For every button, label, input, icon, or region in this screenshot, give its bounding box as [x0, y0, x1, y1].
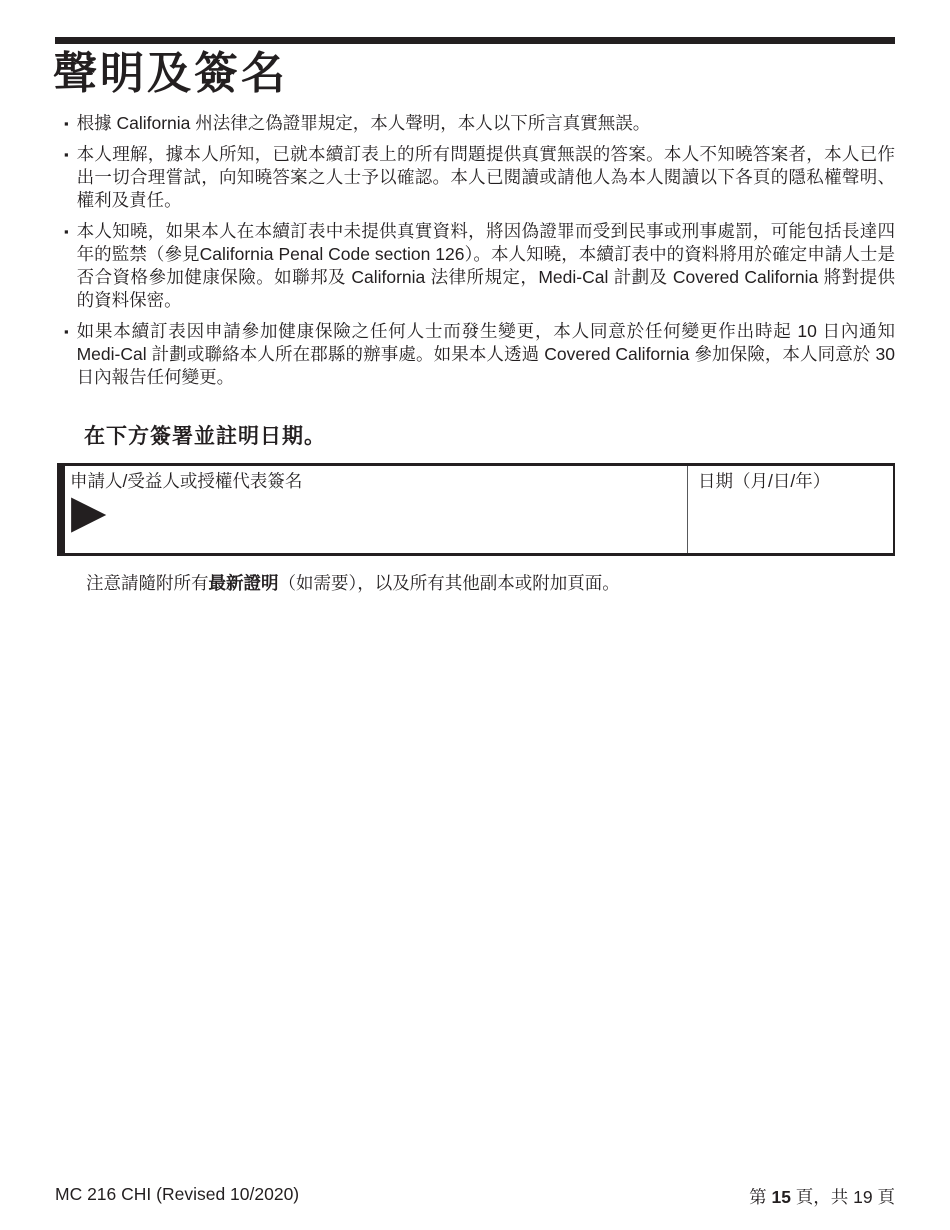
attachment-note-suffix: （如需要），以及所有其他副本或附加頁面。	[279, 573, 620, 593]
page-indicator-suffix: 頁，共 19 頁	[791, 1187, 895, 1207]
attachment-note-bold: 最新證明	[209, 573, 279, 593]
signature-table: 申請人/受益人或授權代表簽名 ▶ 日期（月/日/年）	[57, 463, 895, 556]
declaration-text: 本人理解，據本人所知，已就本續訂表上的所有問題提供真實無誤的答案。本人不知曉答案…	[77, 143, 895, 212]
bullet-square-icon: ▪	[64, 220, 69, 243]
form-number: MC 216 CHI (Revised 10/2020)	[55, 1184, 299, 1205]
signature-field-label: 申請人/受益人或授權代表簽名	[70, 470, 687, 493]
bullet-square-icon: ▪	[64, 320, 69, 343]
declaration-bullet: ▪ 根據 California 州法律之偽證罪規定，本人聲明，本人以下所言真實無…	[64, 112, 895, 135]
date-field[interactable]: 日期（月/日/年）	[687, 466, 893, 553]
signature-field[interactable]: 申請人/受益人或授權代表簽名 ▶	[65, 466, 687, 553]
current-page-number: 15	[771, 1187, 790, 1207]
date-field-label: 日期（月/日/年）	[698, 470, 893, 493]
sign-here-arrow-icon: ▶	[71, 491, 687, 531]
form-page: 聲明及簽名 ▪ 根據 California 州法律之偽證罪規定，本人聲明，本人以…	[0, 0, 950, 1230]
page-title: 聲明及簽名	[53, 50, 288, 98]
bullet-square-icon: ▪	[64, 143, 69, 166]
attachment-note: 注意請隨附所有最新證明（如需要），以及所有其他副本或附加頁面。	[86, 572, 886, 595]
declaration-text: 本人知曉，如果本人在本續訂表中未提供真實資料，將因偽證罪而受到民事或刑事處罰，可…	[77, 220, 895, 312]
declaration-bullet: ▪ 本人理解，據本人所知，已就本續訂表上的所有問題提供真實無誤的答案。本人不知曉…	[64, 143, 895, 212]
declaration-bullet: ▪ 如果本續訂表因申請參加健康保險之任何人士而發生變更，本人同意於任何變更作出時…	[64, 320, 895, 389]
page-indicator-prefix: 第	[749, 1187, 771, 1207]
page-indicator: 第 15 頁，共 19 頁	[749, 1184, 895, 1209]
declaration-bullet-list: ▪ 根據 California 州法律之偽證罪規定，本人聲明，本人以下所言真實無…	[64, 112, 895, 397]
attachment-note-prefix: 注意請隨附所有	[86, 573, 209, 593]
declaration-text: 如果本續訂表因申請參加健康保險之任何人士而發生變更，本人同意於任何變更作出時起 …	[77, 320, 895, 389]
sign-and-date-heading: 在下方簽署並註明日期。	[84, 420, 326, 450]
declaration-bullet: ▪ 本人知曉，如果本人在本續訂表中未提供真實資料，將因偽證罪而受到民事或刑事處罰…	[64, 220, 895, 312]
declaration-text: 根據 California 州法律之偽證罪規定，本人聲明，本人以下所言真實無誤。	[77, 112, 895, 135]
top-divider-rule	[55, 37, 895, 44]
bullet-square-icon: ▪	[64, 112, 69, 135]
